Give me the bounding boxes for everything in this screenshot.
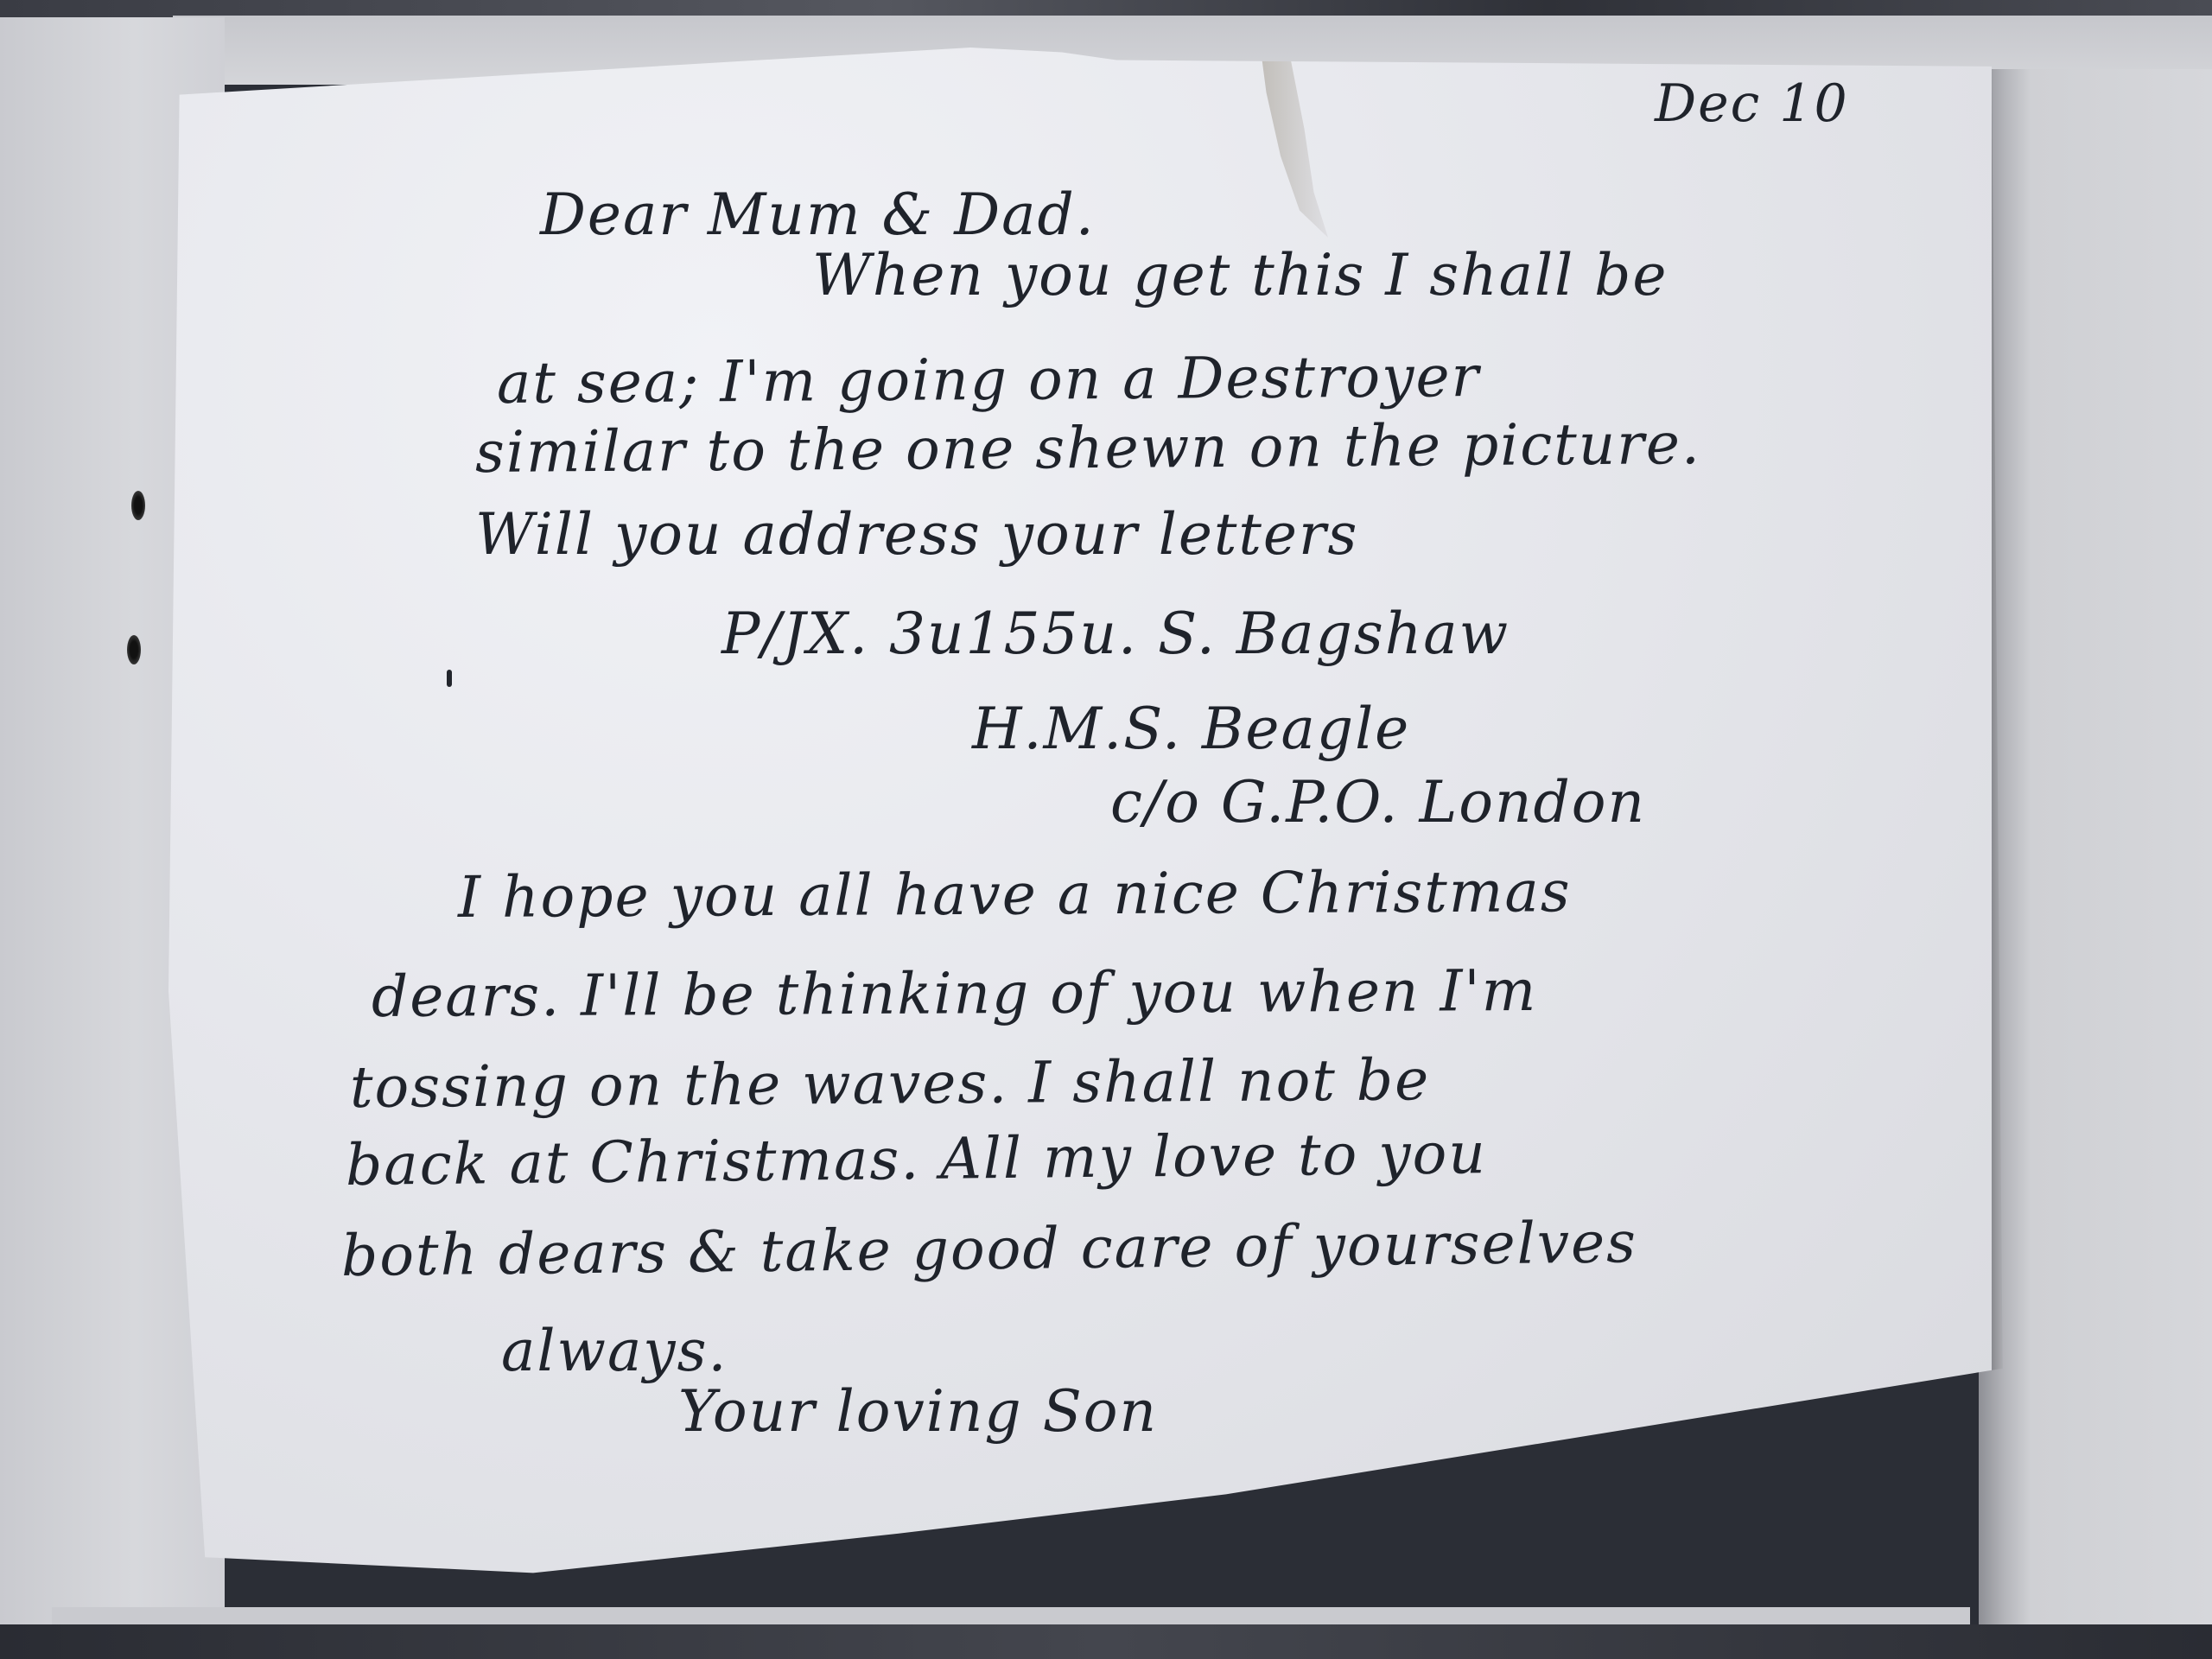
closing-line: always.	[501, 1318, 728, 1384]
body-line: When you get this I shall be	[812, 242, 1668, 308]
punch-hole-icon	[131, 491, 145, 520]
closing-line: tossing on the waves. I shall not be	[350, 1046, 1431, 1121]
salutation: Dear Mum & Dad.	[540, 181, 1096, 248]
closing-line: back at Christmas. All my love to you	[346, 1120, 1488, 1198]
closing-line: I hope you all have a nice Christmas	[458, 858, 1572, 931]
address-line-ship: H.M.S. Beagle	[972, 696, 1410, 762]
body-line: similar to the one shewn on the picture.	[475, 410, 1701, 486]
address-line-service-number-name: P/JX. 3u155u. S. Bagshaw	[721, 601, 1510, 667]
body-line: at sea; I'm going on a Destroyer	[497, 343, 1481, 416]
closing-line: dears. I'll be thinking of you when I'm	[372, 957, 1538, 1030]
punch-hole-icon	[127, 635, 141, 664]
signature: Stan	[1162, 1499, 1314, 1572]
ink-mark	[447, 670, 452, 687]
valediction: Your loving Son	[678, 1378, 1158, 1445]
body-line: Will you address your letters	[475, 501, 1358, 568]
kisses: x x x x x x	[1453, 1476, 1923, 1577]
letter-date: Dec 10	[1655, 73, 1849, 134]
signature-underline	[1287, 1548, 1382, 1595]
letter-sheet: Dec 10 Dear Mum & Dad. When you get this…	[168, 48, 1992, 1620]
back-sheet-right	[1979, 69, 2212, 1624]
closing-line: both dears & take good care of yourselve…	[341, 1209, 1638, 1289]
paper-tear	[1262, 56, 1357, 238]
address-line-post-office: c/o G.P.O. London	[1110, 769, 1646, 836]
table-surface-bottom	[0, 1624, 2212, 1659]
